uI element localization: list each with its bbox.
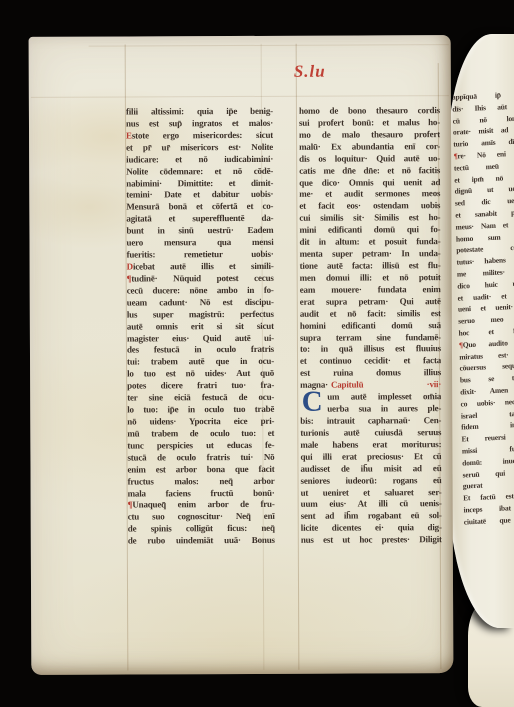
manuscript-text-line: iudicare: et nō iudicabimini· bbox=[126, 154, 273, 167]
manuscript-text-line: menta super petram· In unda- bbox=[300, 248, 441, 261]
manuscript-text-line: mo de malo thesauro profert bbox=[299, 129, 440, 142]
text-column-left: filii altissimi: quia ip̄e benig-nus est… bbox=[126, 106, 275, 548]
paraph-mark: ¶ bbox=[127, 273, 132, 283]
facing-page-leaf: appīquā ip̄ cdīs· Ihis aūt ucū nō … bbox=[448, 34, 514, 628]
manuscript-text-line: que dico· Omnis qui uenit ad bbox=[299, 177, 440, 190]
manuscript-text-line: qui illi erat preciosus· Et cū bbox=[300, 451, 441, 464]
manuscript-text-line: potes dicere fratri tuo· fra- bbox=[127, 380, 274, 393]
manuscript-text-line: um autē implesset om̄ia bbox=[327, 391, 441, 403]
manuscript-text-line: de spinis colligūt ficus: neq̄ bbox=[128, 523, 275, 536]
manuscript-text-line: mala faciens fructū bonū· bbox=[128, 487, 275, 500]
manuscript-text-line: uero mensura qua mensi bbox=[126, 237, 273, 250]
manuscript-text-line: Estote ergo misericordes: sicut bbox=[126, 130, 273, 143]
manuscript-text-line: dis os loquitur· Quid autē uo- bbox=[299, 153, 440, 166]
manuscript-text-line: nus est ut hoc prestes· Diligit bbox=[301, 534, 442, 547]
manuscript-text-line: nō uidens· Ypocrita eice pri- bbox=[127, 416, 274, 429]
manuscript-text-line: magister eius· Quid autē ui- bbox=[127, 332, 274, 345]
manuscript-text-line: nus est sup̄ ingratos et malos· bbox=[126, 118, 273, 131]
manuscript-text-line: temini· Date et dabitur uobis· bbox=[126, 189, 273, 202]
manuscript-text-line: uerba sua in aures ple- bbox=[327, 403, 441, 415]
manuscript-text-line: catis me dn̄e dn̄e: et nō facitis bbox=[299, 165, 440, 178]
manuscript-text-line: fructus malos: neq̄ arbor bbox=[128, 475, 275, 488]
manuscript-text-line: ctu suo cognoscitur· Neq̄ enī bbox=[128, 511, 275, 524]
manuscript-text-line: ¶Unaqueq̄ enim arbor de fru- bbox=[128, 499, 275, 512]
manuscript-text-line: malū· Ex abundantia enī cor- bbox=[299, 141, 440, 154]
manuscript-text-line: ueam cadunt· Nō est discipu- bbox=[127, 297, 274, 310]
manuscript-text-line: ter sine eiciā festucā de ocu- bbox=[127, 392, 274, 405]
ruling-line-horizontal bbox=[89, 44, 449, 47]
photo-background: appīquā ip̄ cdīs· Ihis aūt ucū nō … bbox=[0, 0, 514, 707]
manuscript-text-line: lus super magistrū: perfectus bbox=[127, 309, 274, 322]
manuscript-text-line: men domui illi: et nō potuit bbox=[300, 272, 441, 285]
manuscript-text-line: ut ueniret et saluaret ser- bbox=[301, 487, 442, 500]
manuscript-text-line: Nolite cōdemnare: et nō cōdē- bbox=[126, 165, 273, 178]
manuscript-text-line: de rubo uindemiāt uuā· Bonus bbox=[128, 535, 275, 548]
paraph-mark: ¶ bbox=[454, 151, 458, 160]
manuscript-text-line: erat supra petram· Qui autē bbox=[300, 296, 441, 309]
manuscript-text-line: tui: trabem autē que in ocu- bbox=[127, 356, 274, 369]
manuscript-text-line: male habens erat moriturus: bbox=[300, 439, 441, 452]
text-column-right: homo de bono thesauro cordissui profert … bbox=[299, 105, 442, 547]
manuscript-text-line: mū trabem de oculo tuo: et bbox=[127, 428, 274, 441]
manuscript-text-line: homini edificanti domū suā bbox=[300, 320, 441, 333]
manuscript-text-line: sent ad ih̄m rogabant eū sol- bbox=[301, 510, 442, 523]
manuscript-text-line: me· et audit sermones meos bbox=[299, 189, 440, 202]
manuscript-text-line: turionis autē cuiusdā seruus bbox=[300, 427, 441, 440]
manuscript-text-line: to: in quā illisus est fluuius bbox=[300, 344, 441, 357]
manuscript-text-line: filii altissimi: quia ip̄e benig- bbox=[126, 106, 273, 119]
manuscript-text-line: mini edificanti domū qui fo- bbox=[299, 224, 440, 237]
running-title: S.lu bbox=[225, 61, 395, 82]
manuscript-text-line: est ruina domus illius bbox=[300, 367, 441, 380]
ruling-line-horizontal bbox=[31, 95, 449, 98]
facing-page-text: appīquā ip̄ cdīs· Ihis aūt ucū nō … bbox=[452, 88, 514, 535]
manuscript-text-line: cecū ducere: nōne ambo in fo- bbox=[127, 285, 274, 298]
manuscript-text-line: nabimini· Dimittite: et dimit- bbox=[126, 177, 273, 190]
manuscript-text-line: cui similis sit· Similis est ho- bbox=[299, 212, 440, 225]
manuscript-text-line: lo tuo: ip̄e in oculo tuo trabē bbox=[127, 404, 274, 417]
manuscript-text-line: uum eius· At illi cū uenis- bbox=[301, 499, 442, 512]
manuscript-text-line: tione autē facta: illisū est flu- bbox=[300, 260, 441, 273]
manuscript-text-line: stucā de oculo fratris tui· Nō bbox=[127, 452, 274, 465]
manuscript-text-line: bunt in sinū uestrū· Eadem bbox=[126, 225, 273, 238]
red-touched-capital: D bbox=[127, 261, 133, 271]
manuscript-text-line: dit in altum: et posuit funda- bbox=[299, 236, 440, 249]
manuscript-text-line: eam mouere· fundata enim bbox=[300, 284, 441, 297]
manuscript-text-line: agitatā et supereffluentē da- bbox=[126, 213, 273, 226]
manuscript-text-line: des festucā in oculo fratris bbox=[127, 344, 274, 357]
illuminated-initial: C bbox=[299, 389, 325, 415]
manuscript-text-line: seniores iudeorū: rogans eū bbox=[301, 475, 442, 488]
manuscript-text-line: licite dicentes ei· quia dig- bbox=[301, 522, 442, 535]
manuscript-text-line: Mensurā bonā et cōfertā et co- bbox=[126, 201, 273, 214]
manuscript-text-line: enim est arbor bona que facit bbox=[127, 464, 274, 477]
manuscript-text-line: audit et nō facit: similis est bbox=[300, 308, 441, 321]
manuscript-text-line: supra terram sine fundamē- bbox=[300, 332, 441, 345]
manuscript-text-line: autē omnis erit si sit sicut bbox=[127, 320, 274, 333]
manuscript-text-line: Dicebat autē illis et simili- bbox=[127, 261, 274, 274]
paraph-mark: ¶ bbox=[459, 340, 463, 349]
manuscript-text-line: audisset de ih̄u misit ad eū bbox=[300, 463, 441, 476]
red-touched-capital: E bbox=[126, 130, 132, 140]
manuscript-text-line: homo de bono thesauro cordis bbox=[299, 105, 440, 118]
manuscript-text-line: fueritis: remetietur uobis· bbox=[127, 249, 274, 262]
manuscript-text-line: tunc perspicies ut educas fe- bbox=[127, 440, 274, 453]
manuscript-text-line: et pr̄ ur̄ misericors est· Nolite bbox=[126, 142, 273, 155]
manuscript-page: S.lu filii altissimi: quia ip̄e benig-nu… bbox=[29, 35, 454, 675]
manuscript-text-line: ciuitatē que uo- bbox=[464, 513, 514, 528]
manuscript-text-line: et continuo cecidit· et facta bbox=[300, 355, 441, 368]
paraph-mark: ¶ bbox=[128, 500, 133, 510]
manuscript-text-line: ¶tudinē· Nūquid potest cecus bbox=[127, 273, 274, 286]
manuscript-text-line: sui profert bonū: et malus ho- bbox=[299, 117, 440, 130]
manuscript-text-line: et facit eos· ostendam uobis bbox=[299, 201, 440, 214]
manuscript-text-line: lo tuo est nō uides· Aut quō bbox=[127, 368, 274, 381]
chapter-rubric: Capitulū ·vii· bbox=[328, 379, 441, 389]
